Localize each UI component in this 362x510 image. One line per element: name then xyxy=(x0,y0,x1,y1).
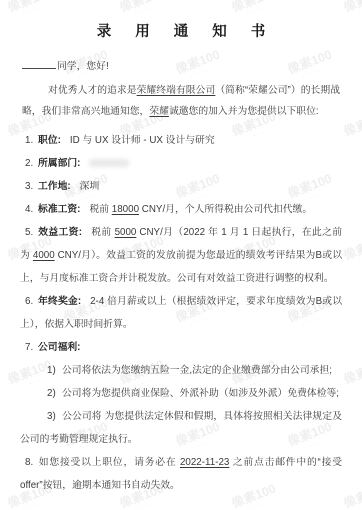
text-segment: 对优秀人才的追求是 xyxy=(48,85,137,96)
item-label: 年终奖金: xyxy=(38,296,90,307)
list-item-work-location: 3.工作地:深圳 xyxy=(20,175,342,198)
item-label: 效益工资: xyxy=(38,227,91,238)
item-number: 3. xyxy=(25,175,38,198)
list-item-annual-bonus: 6.年终奖金:2-4 倍月薪或以上（根据绩效评定，要求年度绩效为B或以上），依据… xyxy=(20,290,342,336)
underlined-text: 荣耀 xyxy=(149,106,169,117)
watermark-dots: ▪▪▪▪▪▪ xyxy=(11,496,55,510)
text-segment: 税前 xyxy=(91,227,115,238)
underlined-text: 荣耀终端有限公司 xyxy=(137,85,216,96)
redacted-department-value xyxy=(89,159,129,167)
text-segment: ID 与 UX 设计师 - UX 设计与研究 xyxy=(70,135,215,146)
watermark-text: 像素100 xyxy=(230,0,278,15)
item-label: 工作地: xyxy=(38,181,80,192)
item-label: 职位: xyxy=(38,135,70,146)
watermark: 像素100▪▪▪▪▪▪ xyxy=(230,0,279,20)
item-number: 7. xyxy=(25,336,38,359)
item-number: 6. xyxy=(25,290,38,313)
document-content: 录 用 通 知 书 同学，您好! 对优秀人才的追求是荣耀终端有限公司（简称“荣耀… xyxy=(0,20,362,497)
item-label: 标准工资: xyxy=(38,204,89,215)
text-segment: 税前 xyxy=(89,204,111,215)
page-title: 录 用 通 知 书 xyxy=(22,20,340,41)
item-label: 所属部门: xyxy=(38,158,89,169)
watermark-dots: ▪▪▪▪▪▪ xyxy=(235,496,279,510)
text-segment: 公公司将 为您提供法定休假和假期，具体将按照相关法律规定及公司的考勤管理规定执行… xyxy=(20,411,342,445)
watermark: 像素100▪▪▪▪▪▪ xyxy=(342,0,362,20)
text-segment: 诚邀您的加入并为您提供以下职位: xyxy=(169,106,319,117)
item-number: 5. xyxy=(25,221,38,244)
list-item-acceptance-deadline: 8.如您接受以上职位，请务必在 2022-11-23 之前点击邮件中的“接受 o… xyxy=(20,451,342,497)
sub-item-number: 2) xyxy=(47,382,62,405)
text-segment: 深圳 xyxy=(80,181,100,192)
item-number: 4. xyxy=(25,198,38,221)
list-item-performance-salary: 5.效益工资:税前 5000 CNY/月（2022 年 1 月 1 日起执行，在… xyxy=(20,221,342,290)
text-segment: 公司将依法为您缴纳五险一金,法定的企业缴费部分由公司承担; xyxy=(62,365,332,376)
watermark-dots: ▪▪▪▪▪▪ xyxy=(11,0,55,20)
watermark: 像素100▪▪▪▪▪▪ xyxy=(118,0,167,20)
watermark-text: 像素100 xyxy=(342,0,362,15)
underlined-text: 5000 xyxy=(115,227,137,238)
name-blank-underline xyxy=(22,59,56,69)
text-segment: 如您接受以上职位，请务必在 xyxy=(38,457,180,468)
greeting-text: 同学，您好! xyxy=(57,61,109,72)
watermark-dots: ▪▪▪▪▪▪ xyxy=(123,0,167,20)
watermark-dots: ▪▪▪▪▪▪ xyxy=(235,0,279,20)
sub-item-number: 3) xyxy=(47,405,62,428)
greeting-line: 同学，您好! xyxy=(22,58,340,72)
underlined-text: 2022-11-23 xyxy=(180,457,229,468)
watermark-text: 像素100 xyxy=(6,0,54,15)
list-item-department: 2.所属部门: xyxy=(20,152,342,175)
benefit-item-commercial-insurance: 2)公司将为您提供商业保险、外派补助（如涉及外派）免费体检等; xyxy=(20,382,342,405)
underlined-text: 18000 xyxy=(112,204,139,215)
offer-letter-page: 像素100▪▪▪▪▪▪像素100▪▪▪▪▪▪像素100▪▪▪▪▪▪像素100▪▪… xyxy=(0,0,362,510)
watermark: 像素100▪▪▪▪▪▪ xyxy=(6,0,55,20)
benefit-item-leave: 3)公公司将 为您提供法定休假和假期，具体将按照相关法律规定及公司的考勤管理规定… xyxy=(20,405,342,451)
text-segment: 公司将为您提供商业保险、外派补助（如涉及外派）免费体检等; xyxy=(62,388,339,399)
item-label: 公司福利: xyxy=(38,342,89,353)
list-item-position: 1.职位:ID 与 UX 设计师 - UX 设计与研究 xyxy=(20,129,342,152)
offer-terms-list: 1.职位:ID 与 UX 设计师 - UX 设计与研究 2.所属部门: 3.工作… xyxy=(20,129,342,497)
benefit-item-insurance: 1)公司将依法为您缴纳五险一金,法定的企业缴费部分由公司承担; xyxy=(20,359,342,382)
list-item-base-salary: 4.标准工资:税前 18000 CNY/月，个人所得税由公司代扣代缴。 xyxy=(20,198,342,221)
text-segment: CNY/月）。效益工资的发放前提为您最近的绩效考评结果为B或以上，与月度标准工资… xyxy=(20,250,342,284)
watermark-dots: ▪▪▪▪▪▪ xyxy=(123,496,167,510)
watermark-dots: ▪▪▪▪▪▪ xyxy=(347,496,362,510)
item-number: 8. xyxy=(25,451,38,474)
text-segment: CNY/月，个人所得税由公司代扣代缴。 xyxy=(139,204,312,215)
list-item-benefits: 7.公司福利: xyxy=(20,336,342,359)
underlined-text: 4000 xyxy=(33,250,55,261)
intro-paragraph: 对优秀人才的追求是荣耀终端有限公司（简称“荣耀公司”）的长期战略，我们非常高兴地… xyxy=(22,81,340,122)
watermark-text: 像素100 xyxy=(118,0,166,15)
watermark-dots: ▪▪▪▪▪▪ xyxy=(347,0,362,20)
sub-item-number: 1) xyxy=(47,359,62,382)
item-number: 2. xyxy=(25,152,38,175)
item-number: 1. xyxy=(25,129,38,152)
